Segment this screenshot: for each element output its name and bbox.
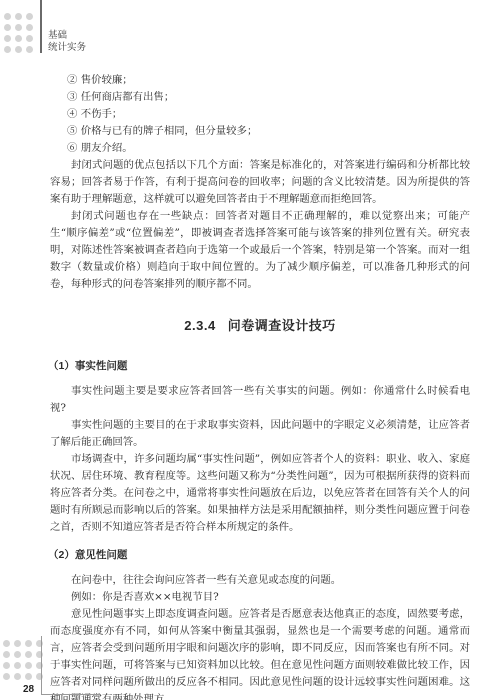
paragraph: 封闭式问题也存在一些缺点：回答者对题目不正确理解的，难以觉察出来；可能产生“顺序… xyxy=(50,208,470,293)
footer-rule-vertical xyxy=(41,636,42,694)
section-title: 问卷调查设计技巧 xyxy=(228,318,336,333)
decorative-dot-grid-bottom xyxy=(3,640,43,680)
paragraph: 在问卷中，往往会询问应答者一些有关意见或态度的问题。 xyxy=(50,572,470,589)
subsection-heading: （1）事实性问题 xyxy=(48,358,470,375)
list-item: ② 售价较廉； xyxy=(50,72,470,89)
page-body: ② 售价较廉； ③ 任何商店都有出售； ④ 不伤手； ⑤ 价格与已有的牌子相同，… xyxy=(50,72,470,700)
list-item: ③ 任何商店都有出售； xyxy=(50,89,470,106)
list-item: ④ 不伤手； xyxy=(50,106,470,123)
list-item: ⑥ 朋友介绍。 xyxy=(50,140,470,157)
list-item: ⑤ 价格与已有的牌子相同，但分量较多； xyxy=(50,123,470,140)
section-heading: 2.3.4问卷调查设计技巧 xyxy=(50,317,470,334)
decorative-dot-grid-top xyxy=(4,13,33,53)
paragraph: 封闭式问题的优点包括以下几个方面：答案是标准化的，对答案进行编码和分析都比较容易… xyxy=(50,157,470,208)
subsection-heading: （2）意见性问题 xyxy=(48,547,470,564)
footer-rule-horizontal xyxy=(41,694,101,695)
header-line-2: 统计实务 xyxy=(48,42,86,54)
paragraph: 事实性问题的主要目的在于求取事实资料，因此问题中的字眼定义必须清楚，让应答者了解… xyxy=(50,417,470,451)
header-rule xyxy=(40,0,42,53)
header-line-1: 基础 xyxy=(48,30,86,42)
option-list: ② 售价较廉； ③ 任何商店都有出售； ④ 不伤手； ⑤ 价格与已有的牌子相同，… xyxy=(50,72,470,157)
page-number: 28 xyxy=(23,684,34,695)
section-number: 2.3.4 xyxy=(184,318,215,333)
paragraph: 市场调查中，许多问题均属“事实性问题”，例如应答者个人的资料：职业、收入、家庭状… xyxy=(50,451,470,536)
running-header: 基础 统计实务 xyxy=(48,30,86,54)
paragraph: 事实性问题主要是要求应答者回答一些有关事实的问题。例如：你通常什么时候看电视? xyxy=(50,383,470,417)
paragraph: 例如：你是否喜欢××电视节目? xyxy=(50,589,470,606)
paragraph: 意见性问题事实上即态度调查问题。应答者是否愿意表达他真正的态度，固然要考虑，而态… xyxy=(50,606,470,700)
